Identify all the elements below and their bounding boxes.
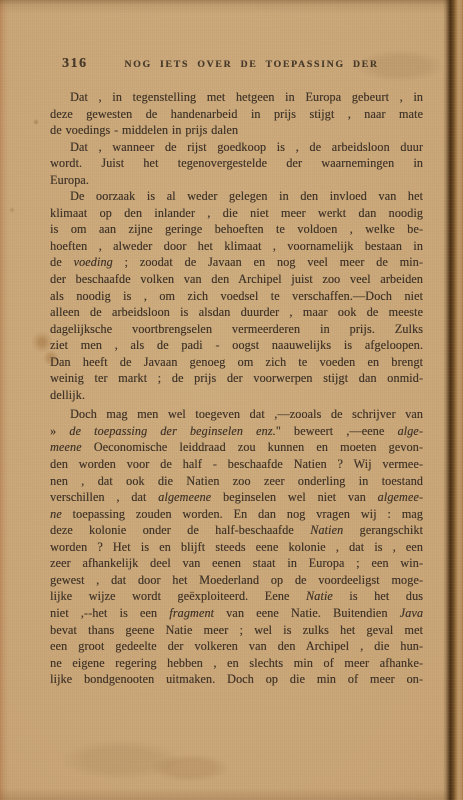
text-line: Europa. <box>50 172 423 189</box>
text-line: dagelijksche voortbrengselen vermeerdere… <box>50 321 423 338</box>
text-line: meene Oeconomische leiddraad zou kunnen … <box>50 439 423 456</box>
text-line: een groot gedeelte der volkeren van den … <box>50 638 423 655</box>
text-line: Dat , in tegenstelling met hetgeen in Eu… <box>50 89 423 106</box>
text-line: lijke bondgenooten uitmaken. Doch op die… <box>50 671 423 688</box>
text-segment: Oeconomische leiddraad zou kunnen en moe… <box>82 440 423 454</box>
text-line: Dan heeft de Javaan genoeg om zich te vo… <box>50 354 423 371</box>
text-line: de voeding ; zoodat de Javaan en nog vee… <box>50 254 423 271</box>
paragraph: Dat , wanneer de rijst goedkoop is , de … <box>50 139 423 189</box>
scanned-book-page: 316 NOG IETS OVER DE TOEPASSING DER Dat … <box>0 0 463 800</box>
text-line: de voedings - middelen in prijs dalen <box>50 122 423 139</box>
text-segment: Europa. <box>50 173 89 187</box>
paragraph: De oorzaak is al weder gelegen in den in… <box>50 188 423 403</box>
italic-text-segment: fragment <box>169 606 214 620</box>
text-segment: is het dus <box>333 589 423 603</box>
text-segment: niet ,--het is een <box>50 606 169 620</box>
text-segment: De oorzaak is al weder gelegen in den in… <box>70 189 423 203</box>
text-line: dellijk. <box>50 387 423 404</box>
text-line: zeer afhankelijk deel van eenen staat in… <box>50 555 423 572</box>
text-line: ziet men , als de padi - oogst naauwelij… <box>50 337 423 354</box>
text-segment: ; zoodat de Javaan en nog veel meer de m… <box>113 255 423 269</box>
text-line: nen , dat ook die Natien zoo zeer onderl… <box>50 473 423 490</box>
text-segment: Dat , wanneer de rijst goedkoop is , de … <box>70 140 423 154</box>
text-segment: gewest , dat door het Moederland op de v… <box>50 573 423 587</box>
text-line: hoeften , alweder door het klimaat , voo… <box>50 238 423 255</box>
text-line: als noodig is , om zich voedsel te versc… <box>50 288 423 305</box>
text-line: den worden voor de half - beschaafde Nat… <box>50 456 423 473</box>
text-segment: Dat , in tegenstelling met hetgeen in Eu… <box>70 90 423 104</box>
italic-text-segment: de toepassing der beginselen enz. <box>69 424 275 438</box>
italic-text-segment: Java <box>400 606 423 620</box>
text-line: ne toepassing zouden worden. En dan nog … <box>50 506 423 523</box>
text-segment: de <box>50 255 73 269</box>
text-segment: alleen de arbeidsloon is alsdan duurder … <box>50 305 423 319</box>
running-header-title: NOG IETS OVER DE TOEPASSING DER <box>50 59 423 70</box>
text-segment: lijke wijze wordt geëxploiteerd. Eene <box>50 589 306 603</box>
text-line: De oorzaak is al weder gelegen in den in… <box>50 188 423 205</box>
italic-text-segment: meene <box>50 440 82 454</box>
italic-text-segment: algemeene <box>158 490 211 504</box>
text-segment: wordt. Juist het tegenovergestelde der w… <box>50 156 423 170</box>
text-segment: der beschaafde volken van den Archipel j… <box>50 272 423 286</box>
italic-text-segment: Natie <box>306 589 333 603</box>
text-line: deze gewesten de handenarbeid in prijs s… <box>50 106 423 123</box>
text-segment: dellijk. <box>50 388 85 402</box>
text-line: ne eigene regering hebben , en slechts m… <box>50 655 423 672</box>
italic-text-segment: Natien <box>310 523 343 537</box>
text-segment: ne eigene regering hebben , en slechts m… <box>50 656 423 670</box>
page-body: Dat , in tegenstelling met hetgeen in Eu… <box>50 89 423 688</box>
text-line: der beschaafde volken van den Archipel j… <box>50 271 423 288</box>
text-segment: Doch mag men wel toegeven dat ,—zooals d… <box>70 407 423 421</box>
text-line: weinig ter markt ; de prijs der voorwerp… <box>50 370 423 387</box>
text-segment: verschillen , dat <box>50 490 158 504</box>
text-line: bevat thans geene Natie meer ; wel is zu… <box>50 622 423 639</box>
text-segment: zeer afhankelijk deel van eenen staat in… <box>50 556 423 570</box>
text-segment: klimaat op den inlander , die niet meer … <box>50 206 423 220</box>
text-segment: bevat thans geene Natie meer ; wel is zu… <box>50 623 423 637</box>
running-header: 316 NOG IETS OVER DE TOEPASSING DER <box>50 56 423 74</box>
italic-text-segment: voeding <box>73 255 112 269</box>
text-segment: toepassing zouden worden. En dan nog vra… <box>62 507 423 521</box>
text-line: deze kolonie onder de half-beschaafde Na… <box>50 522 423 539</box>
text-line: klimaat op den inlander , die niet meer … <box>50 205 423 222</box>
text-segment: nen , dat ook die Natien zoo zeer onderl… <box>50 474 423 488</box>
text-line: niet ,--het is een fragment van eene Nat… <box>50 605 423 622</box>
text-segment: worden ? Het is en blijft steeds eene ko… <box>50 540 423 554</box>
italic-text-segment: algemee- <box>378 490 423 504</box>
text-segment: van eene Natie. Buitendien <box>214 606 400 620</box>
text-segment: Dan heeft de Javaan genoeg om zich te vo… <box>50 355 423 369</box>
text-line: worden ? Het is en blijft steeds eene ko… <box>50 539 423 556</box>
italic-text-segment: alge- <box>397 424 423 438</box>
text-segment: lijke bondgenooten uitmaken. Doch op die… <box>50 672 423 686</box>
text-line: Doch mag men wel toegeven dat ,—zooals d… <box>50 406 423 423</box>
text-segment: deze gewesten de handenarbeid in prijs s… <box>50 107 423 121</box>
paragraph: Doch mag men wel toegeven dat ,—zooals d… <box>50 406 423 687</box>
text-segment: weinig ter markt ; de prijs der voorwerp… <box>50 371 423 385</box>
text-segment: als noodig is , om zich voedsel te versc… <box>50 289 423 303</box>
text-segment: » <box>50 424 69 438</box>
text-segment: " beweert ,—eene <box>276 424 398 438</box>
book-page-edge <box>443 0 463 800</box>
italic-text-segment: ne <box>50 507 62 521</box>
text-segment: een groot gedeelte der volkeren van den … <box>50 639 423 653</box>
text-line: verschillen , dat algemeene beginselen w… <box>50 489 423 506</box>
text-segment: den worden voor de half - beschaafde Nat… <box>50 457 423 471</box>
text-line: is om aan zijne geringe behoeften te vol… <box>50 221 423 238</box>
text-segment: beginselen wel niet van <box>211 490 377 504</box>
text-line: alleen de arbeidsloon is alsdan duurder … <box>50 304 423 321</box>
text-segment: is om aan zijne geringe behoeften te vol… <box>50 222 423 236</box>
text-line: » de toepassing der beginselen enz." bew… <box>50 423 423 440</box>
paragraph: Dat , in tegenstelling met hetgeen in Eu… <box>50 89 423 139</box>
text-segment: hoeften , alweder door het klimaat , voo… <box>50 239 423 253</box>
text-segment: de voedings - middelen in prijs dalen <box>50 123 238 137</box>
text-segment: gerangschikt <box>343 523 423 537</box>
text-line: gewest , dat door het Moederland op de v… <box>50 572 423 589</box>
text-segment: deze kolonie onder de half-beschaafde <box>50 523 310 537</box>
text-line: lijke wijze wordt geëxploiteerd. Eene Na… <box>50 588 423 605</box>
text-line: Dat , wanneer de rijst goedkoop is , de … <box>50 139 423 156</box>
text-segment: ziet men , als de padi - oogst naauwelij… <box>50 338 423 352</box>
text-line: wordt. Juist het tegenovergestelde der w… <box>50 155 423 172</box>
text-segment: dagelijksche voortbrengselen vermeerdere… <box>50 322 423 336</box>
